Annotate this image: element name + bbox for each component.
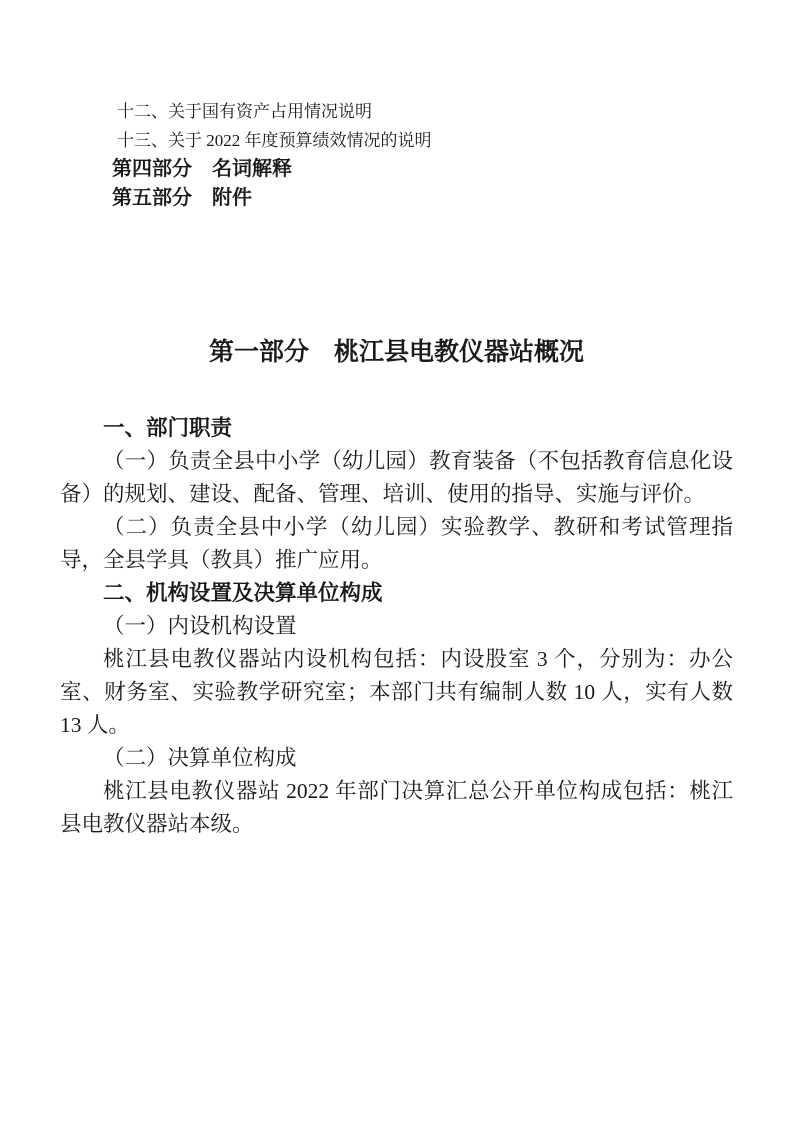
toc-item-part-4: 第四部分 名词解释 xyxy=(60,155,733,184)
document-body: 一、部门职责 （一）负责全县中小学（幼儿园）教育装备（不包括教育信息化设备）的规… xyxy=(60,412,733,841)
paragraph-internal-organization: 桃江县电教仪器站内设机构包括：内设股室 3 个，分别为：办公室、财务室、实验教学… xyxy=(60,643,733,742)
section-title: 第一部分 桃江县电教仪器站概况 xyxy=(0,338,793,368)
heading-department-duties: 一、部门职责 xyxy=(60,412,733,445)
heading-organization-setup: 二、机构设置及决算单位构成 xyxy=(60,577,733,610)
document-page: 十二、关于国有资产占用情况说明 十三、关于 2022 年度预算绩效情况的说明 第… xyxy=(0,0,793,1122)
paragraph-duty-2: （二）负责全县中小学（幼儿园）实验教学、教研和考试管理指导，全县学具（教具）推广… xyxy=(60,511,733,577)
subheading-accounting-units: （二）决算单位构成 xyxy=(60,742,733,775)
paragraph-duty-1: （一）负责全县中小学（幼儿园）教育装备（不包括教育信息化设备）的规划、建设、配备… xyxy=(60,445,733,511)
subheading-internal-organization: （一）内设机构设置 xyxy=(60,610,733,643)
toc-item-12: 十二、关于国有资产占用情况说明 xyxy=(60,97,733,126)
toc-item-part-5: 第五部分 附件 xyxy=(60,184,733,213)
table-of-contents: 十二、关于国有资产占用情况说明 十三、关于 2022 年度预算绩效情况的说明 第… xyxy=(60,97,733,213)
paragraph-accounting-units: 桃江县电教仪器站 2022 年部门决算汇总公开单位构成包括：桃江县电教仪器站本级… xyxy=(60,775,733,841)
toc-item-13: 十三、关于 2022 年度预算绩效情况的说明 xyxy=(60,126,733,155)
